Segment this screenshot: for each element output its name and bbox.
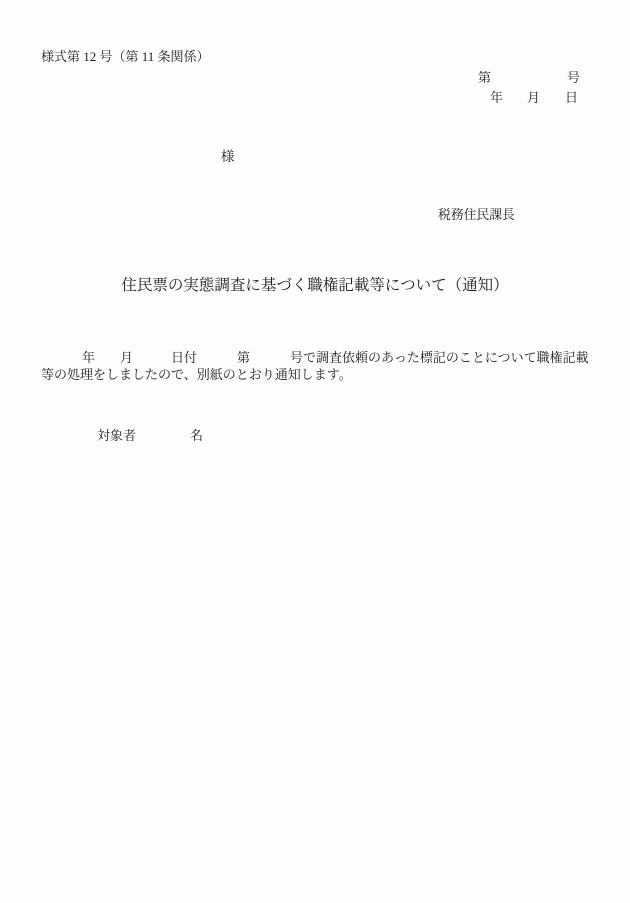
- body-doc-number-prefix: 第: [237, 350, 250, 366]
- addressee-honorific: 様: [221, 149, 235, 166]
- sender-title: 税務住民課長: [438, 208, 515, 224]
- document-page: 様式第 12 号（第 11 条関係） 第 号 年 月 日 様 税務住民課長 住民…: [0, 0, 630, 903]
- document-title: 住民票の実態調査に基づく職権記載等について（通知）: [0, 276, 630, 295]
- doc-number-suffix: 号: [567, 70, 580, 86]
- subject-count-suffix: 名: [190, 428, 203, 444]
- body-date-month-label: 月: [120, 350, 133, 366]
- doc-number-prefix: 第: [478, 70, 491, 86]
- body-text-line1: 号で調査依頼のあった標記のことについて職権記載: [290, 350, 589, 366]
- form-number-note: 様式第 12 号（第 11 条関係）: [41, 49, 210, 65]
- date-month-label: 月: [527, 90, 540, 106]
- date-day-label: 日: [565, 90, 578, 106]
- date-year-label: 年: [490, 90, 503, 106]
- body-text-line2: 等の処理をしましたので、別紙のとおり通知します。: [41, 367, 352, 383]
- subject-label: 対象者: [97, 428, 136, 444]
- body-date-day-label: 日付: [171, 350, 197, 366]
- body-date-year-label: 年: [82, 350, 95, 366]
